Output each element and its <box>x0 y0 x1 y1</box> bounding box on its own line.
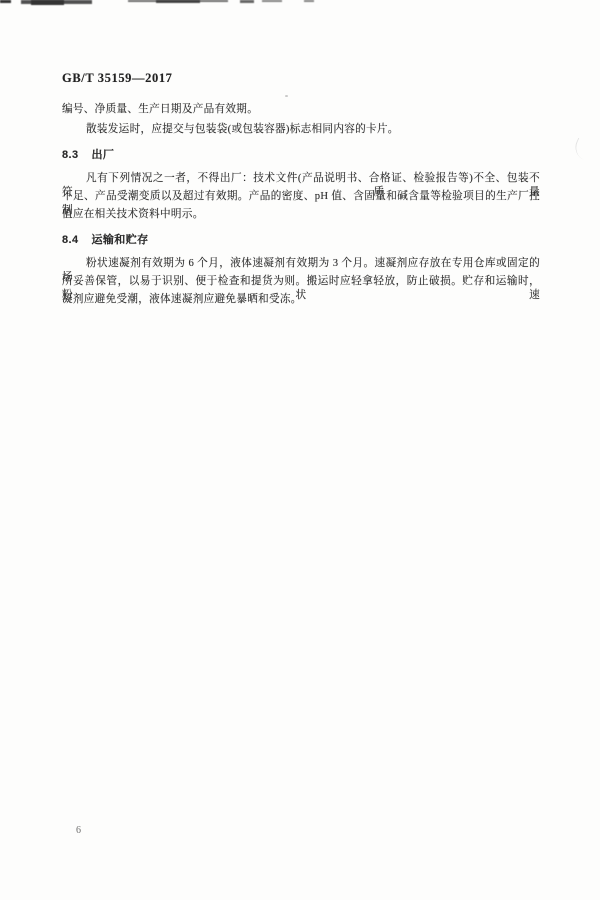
scan-artifact <box>156 0 200 3</box>
section-heading-8-3: 8.3出厂 <box>62 146 114 162</box>
scan-speck <box>285 95 288 97</box>
scan-artifact <box>0 0 11 3</box>
scan-artifact <box>262 0 282 2</box>
scan-artifact <box>240 0 254 3</box>
section-heading-8-4: 8.4运输和贮存 <box>62 231 149 247</box>
standard-number-header: GB/T 35159—2017 <box>62 71 173 86</box>
scan-artifact <box>304 0 314 2</box>
scanned-document-page: GB/T 35159—2017 编号、净质量、生产日期及产品有效期。 散装发运时… <box>0 0 600 900</box>
body-line: 凝剂应避免受潮，液体速凝剂应避免暴晒和受冻。 <box>62 293 540 307</box>
section-title: 运输和贮存 <box>92 234 149 246</box>
body-line: 散装发运时，应提交与包装袋(或包装容器)标志相同内容的卡片。 <box>62 123 540 137</box>
page-number: 6 <box>76 825 81 836</box>
body-line: 值应在相关技术资料中明示。 <box>62 208 540 222</box>
scan-artifact <box>31 0 64 5</box>
scan-squiggle <box>571 138 592 161</box>
section-title: 出厂 <box>92 149 115 161</box>
section-number: 8.3 <box>62 149 79 161</box>
section-number: 8.4 <box>62 234 79 246</box>
body-line: 编号、净质量、生产日期及产品有效期。 <box>62 103 540 117</box>
